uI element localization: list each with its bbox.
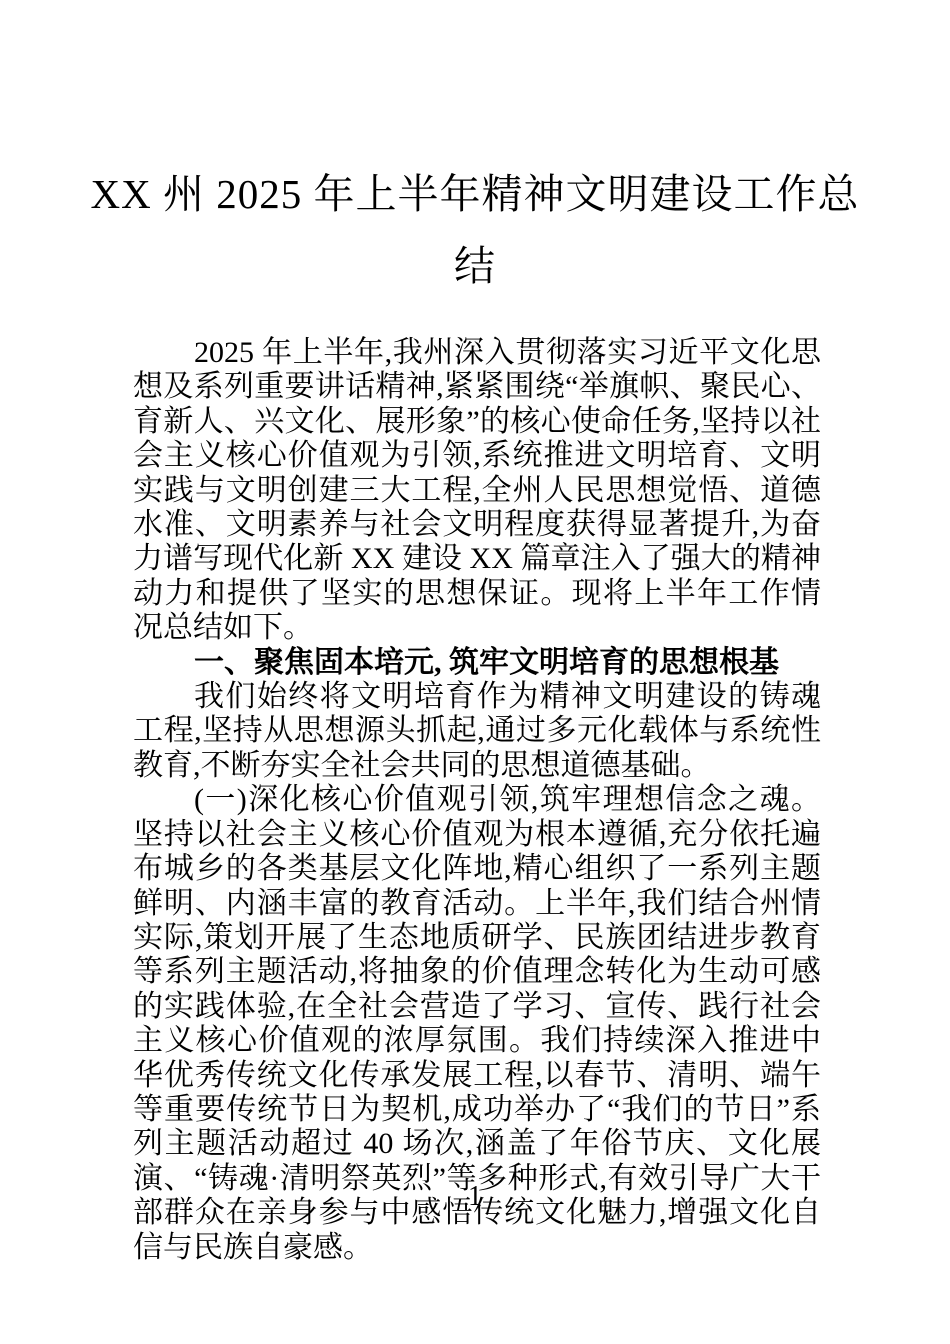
document-title: XX 州 2025 年上半年精神文明建设工作总 结 [0, 0, 950, 302]
intro-paragraph: 2025 年上半年,我州深入贯彻落实习近平文化思想及系列重要讲话精神,紧紧围绕“… [133, 336, 821, 646]
section-heading-1: 一、聚焦固本培元, 筑牢文明培育的思想根基 [133, 646, 821, 680]
document-page: XX 州 2025 年上半年精神文明建设工作总 结 2025 年上半年,我州深入… [0, 0, 950, 1344]
document-body: 2025 年上半年,我州深入贯彻落实习近平文化思想及系列重要讲话精神,紧紧围绕“… [133, 336, 821, 1265]
page-number: 1 [0, 1181, 950, 1213]
section-1-overview-paragraph: 我们始终将文明培育作为精神文明建设的铸魂工程,坚持从思想源头抓起,通过多元化载体… [133, 680, 821, 783]
document-title-line-1: XX 州 2025 年上半年精神文明建设工作总 [0, 158, 950, 230]
document-title-line-2: 结 [0, 230, 950, 302]
